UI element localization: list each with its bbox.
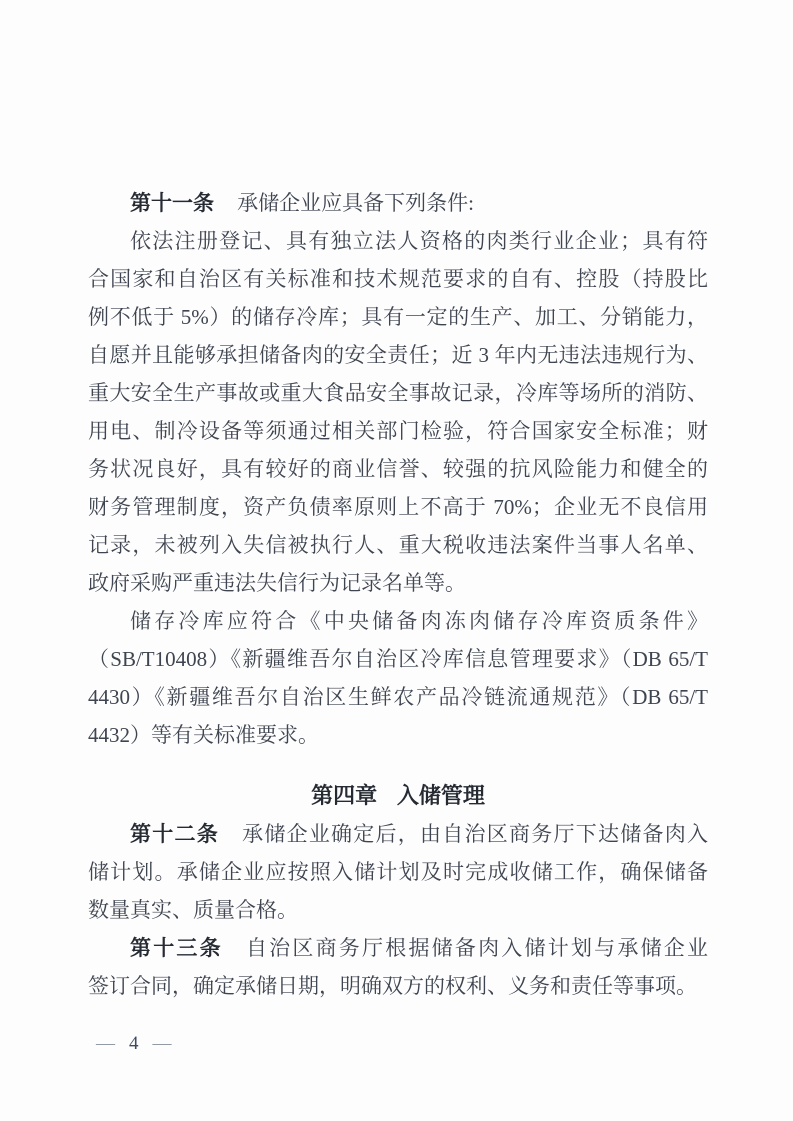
article-12-paragraph: 储计划。承储企业应按照入储计划及时完成收储工作，确保储备数量真实、质量合格。 [88,853,708,929]
chapter-4-heading: 第四章入储管理 [88,777,708,815]
text-line: 数量真实、质量合格。 [88,891,708,929]
page-number-left-dash: — [96,1033,115,1054]
article-13: 第十三条自治区商务厅根据储备肉入储计划与承储企业 签订合同，确定承储日期，明确双… [88,929,708,1005]
page-number-value: 4 [129,1033,139,1054]
text-line: 合国家和自治区有关标准和技术规范要求的自有、控股（持股比 [88,260,708,298]
text-line: 记录，未被列入失信被执行人、重大税收违法案件当事人名单、 [88,526,708,564]
text-line: 务状况良好，具有较好的商业信誉、较强的抗风险能力和健全的 [88,450,708,488]
article-13-number: 第十三条 [130,936,223,960]
text-line: 储存冷库应符合《中央储备肉冻肉储存冷库资质条件》 [88,602,708,640]
article-13-first-line: 第十三条自治区商务厅根据储备肉入储计划与承储企业 [88,929,708,967]
article-12-first-line: 第十二条承储企业确定后，由自治区商务厅下达储备肉入 [88,815,708,853]
text-line: 4432）等有关标准要求。 [88,716,708,754]
article-12-number: 第十二条 [130,822,219,846]
text-line: （SB/T10408）《新疆维吾尔自治区冷库信息管理要求》（DB 65/T [88,640,708,678]
text-line: 签订合同，确定承储日期，明确双方的权利、义务和责任等事项。 [88,967,708,1005]
text-line: 例不低于 5%）的储存冷库；具有一定的生产、加工、分销能力， [88,298,708,336]
page-number-right-dash: — [153,1033,172,1054]
chapter-4-title: 入储管理 [397,783,485,808]
article-11: 第十一条承储企业应具备下列条件: 依法注册登记、具有独立法人资格的肉类行业企业；… [88,184,708,754]
text-line: 重大安全生产事故或重大食品安全事故记录，冷库等场所的消防、 [88,374,708,412]
text-line: 4430）《新疆维吾尔自治区生鲜农产品冷链流通规范》（DB 65/T [88,678,708,716]
document-body: 第十一条承储企业应具备下列条件: 依法注册登记、具有独立法人资格的肉类行业企业；… [88,184,708,1005]
text-line: 用电、制冷设备等须通过相关部门检验，符合国家安全标准；财 [88,412,708,450]
article-11-standards-paragraph: 储存冷库应符合《中央储备肉冻肉储存冷库资质条件》（SB/T10408）《新疆维吾… [88,602,708,754]
text-line: 政府采购严重违法失信行为记录名单等。 [88,564,708,602]
text-line: 储计划。承储企业应按照入储计划及时完成收储工作，确保储备 [88,853,708,891]
page-number: —4— [96,1030,172,1058]
article-11-conditions-paragraph: 依法注册登记、具有独立法人资格的肉类行业企业；具有符合国家和自治区有关标准和技术… [88,222,708,602]
text-line: 自愿并且能够承担储备肉的安全责任；近 3 年内无违法违规行为、 [88,336,708,374]
article-13-first-line-text: 自治区商务厅根据储备肉入储计划与承储企业 [246,936,708,960]
article-12: 第十二条承储企业确定后，由自治区商务厅下达储备肉入 储计划。承储企业应按照入储计… [88,815,708,929]
article-12-first-line-text: 承储企业确定后，由自治区商务厅下达储备肉入 [242,822,708,846]
text-line: 财务管理制度，资产负债率原则上不高于 70%；企业无不良信用 [88,488,708,526]
document-page: 第十一条承储企业应具备下列条件: 依法注册登记、具有独立法人资格的肉类行业企业；… [0,0,793,1121]
text-line: 依法注册登记、具有独立法人资格的肉类行业企业；具有符 [88,222,708,260]
article-11-intro: 承储企业应具备下列条件: [237,191,474,215]
article-11-heading-line: 第十一条承储企业应具备下列条件: [88,184,708,222]
article-13-paragraph: 签订合同，确定承储日期，明确双方的权利、义务和责任等事项。 [88,967,708,1005]
article-11-number: 第十一条 [130,191,214,215]
chapter-4-number: 第四章 [311,783,377,808]
